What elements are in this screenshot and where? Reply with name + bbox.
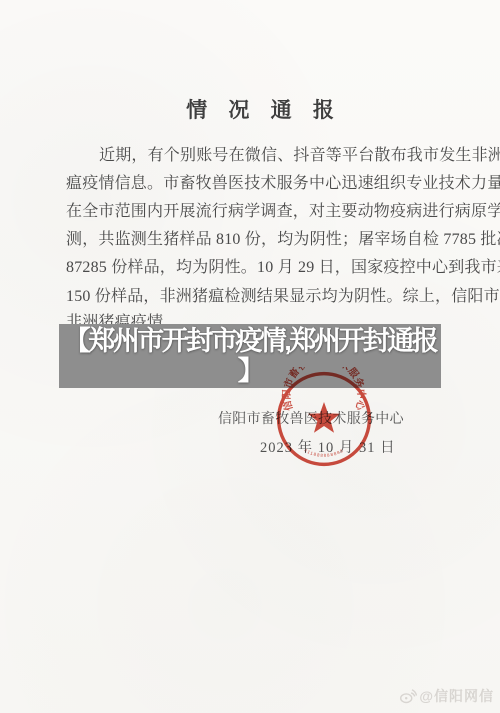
watermark: @信阳网信	[399, 686, 494, 706]
notice-title: 情 况 通 报	[0, 94, 500, 124]
notice-body-line: 瘟疫情信息。市畜牧兽医技术服务中心迅速组织专业技术力量，	[66, 175, 496, 193]
svg-text:411888888888: 411888888888	[303, 448, 344, 458]
notice-body-line: 近期，有个别账号在微信、抖音等平台散布我市发生非洲猪	[66, 147, 500, 165]
caption-overlay-banner: 【郑州市开封市疫情,郑州开封通报 】	[59, 324, 441, 388]
weibo-icon	[399, 688, 417, 704]
scanned-notice-photo: 情 况 通 报 近期，有个别账号在微信、抖音等平台散布我市发生非洲猪 瘟疫情信息…	[0, 0, 500, 713]
seal-code: 411888888888	[303, 448, 344, 458]
official-seal: 信阳市畜牧兽医技术服务中心 411888888888	[272, 367, 376, 471]
notice-body-line: 87285 份样品，均为阴性。10 月 29 日，国家疫控中心到我市采集	[66, 259, 496, 277]
notice-body-line: 150 份样品，非洲猪瘟检测结果显示均为阴性。综上，信阳市无	[66, 288, 496, 306]
caption-line-1: 【郑州市开封市疫情,郑州开封通报	[64, 326, 437, 356]
seal-star	[308, 402, 340, 433]
watermark-text: @信阳网信	[419, 686, 494, 706]
notice-body-line: 在全市范围内开展流行病学调查，对主要动物疫病进行病原学检	[66, 203, 496, 221]
notice-body-line: 测，共监测生猪样品 810 份，均为阴性；屠宰场自检 7785 批次、	[66, 231, 496, 249]
caption-line-2: 】	[238, 356, 263, 386]
